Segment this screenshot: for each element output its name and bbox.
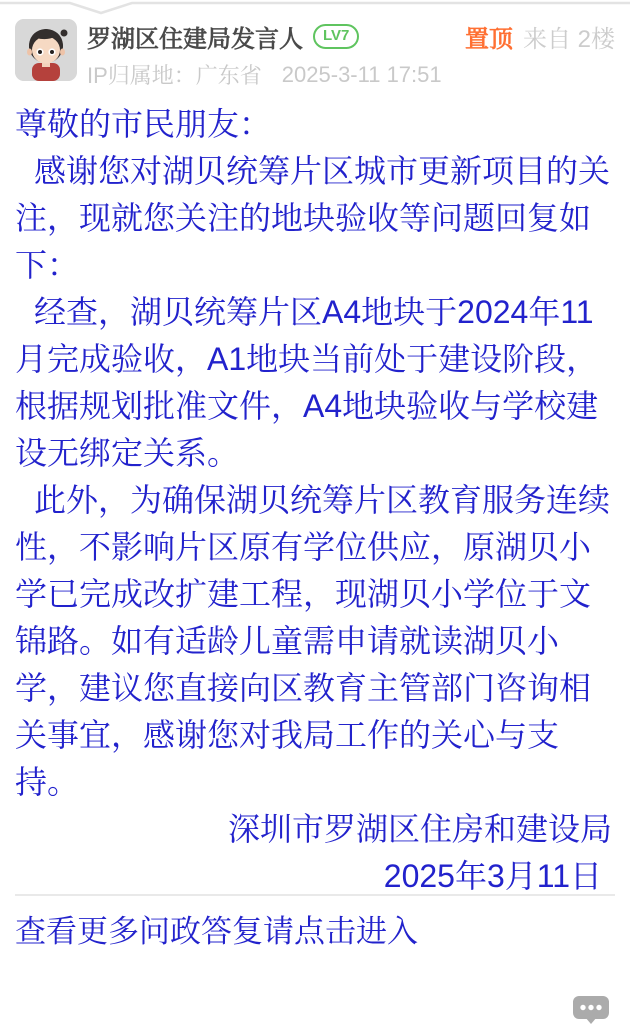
ip-location-label: IP归属地：广东省 xyxy=(87,59,262,90)
header-main: 罗湖区住建局发言人 LV7 置顶 来自 2楼 IP归属地：广东省 2025-3-… xyxy=(77,19,615,90)
meta-row: IP归属地：广东省 2025-3-11 17:51 xyxy=(87,59,615,90)
floor-label: 来自 2楼 xyxy=(523,19,615,54)
post-footer: 查看更多问政答复请点击进入 xyxy=(0,894,630,1024)
post-paragraph: 经查，湖贝统筹片区A4地块于2024年11月完成验收，A1地块当前处于建设阶段，… xyxy=(15,289,615,477)
post-paragraphs: 尊敬的市民朋友：感谢您对湖贝统筹片区城市更新项目的关注，现就您关注的地块验收等问… xyxy=(15,101,615,806)
signature: 深圳市罗湖区住房和建设局 xyxy=(15,806,615,853)
comment-bubble-icon xyxy=(572,996,610,1024)
post-paragraph: 此外，为确保湖贝统筹片区教育服务连续性，不影响片区原有学位供应，原湖贝小学已完成… xyxy=(15,477,615,806)
avatar-image-icon xyxy=(15,19,77,81)
username-row: 罗湖区住建局发言人 LV7 置顶 来自 2楼 xyxy=(87,19,615,53)
post-card: 罗湖区住建局发言人 LV7 置顶 来自 2楼 IP归属地：广东省 2025-3-… xyxy=(0,0,630,1024)
avatar[interactable] xyxy=(15,19,77,81)
signature-date: 2025年3月11日 xyxy=(15,853,615,900)
post-header: 罗湖区住建局发言人 LV7 置顶 来自 2楼 IP归属地：广东省 2025-3-… xyxy=(0,0,630,90)
comment-button[interactable] xyxy=(572,996,610,1024)
post-body: 尊敬的市民朋友：感谢您对湖贝统筹片区城市更新项目的关注，现就您关注的地块验收等问… xyxy=(0,90,630,900)
more-replies-link[interactable]: 查看更多问政答复请点击进入 xyxy=(15,910,418,954)
post-paragraph: 尊敬的市民朋友： xyxy=(15,101,615,148)
pinned-badge: 置顶 xyxy=(465,19,513,54)
level-badge: LV7 xyxy=(313,24,359,49)
post-paragraph: 感谢您对湖贝统筹片区城市更新项目的关注，现就您关注的地块验收等问题回复如下： xyxy=(15,148,615,289)
header-right: 置顶 来自 2楼 xyxy=(465,19,615,54)
username[interactable]: 罗湖区住建局发言人 xyxy=(87,19,303,54)
divider xyxy=(15,894,615,896)
post-timestamp: 2025-3-11 17:51 xyxy=(282,62,442,88)
